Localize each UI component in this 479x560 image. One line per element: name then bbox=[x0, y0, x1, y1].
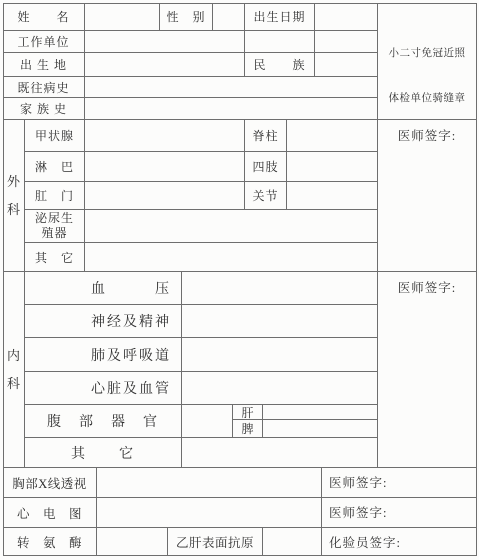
past-history-value-cell bbox=[85, 77, 378, 98]
anus-label: 肛 门 bbox=[25, 182, 85, 210]
ecg-sign-cell: 医师签字: bbox=[322, 498, 477, 528]
blood-pressure-value-cell bbox=[182, 272, 378, 305]
lymph-label: 淋 巴 bbox=[25, 152, 85, 182]
limbs-label: 四肢 bbox=[245, 152, 287, 182]
family-history-label: 家 族 史 bbox=[3, 98, 85, 120]
hbsag-label: 乙肝表面抗原 bbox=[168, 528, 263, 556]
transaminase-label: 转 氨 酶 bbox=[3, 528, 97, 556]
sex-label: 性 别 bbox=[160, 3, 213, 31]
name-value-cell bbox=[85, 3, 160, 31]
seal-note: 体检单位骑缝章 bbox=[389, 90, 466, 105]
name-label: 姓 名 bbox=[3, 3, 85, 31]
blood-pressure-label: 血 压 bbox=[25, 272, 182, 305]
medical-exam-form: 姓 名 性 别 出生日期 工作单位 出 生 地 民 族 既往病史 家 族 史 小… bbox=[0, 0, 479, 560]
chest-xray-value-cell bbox=[97, 468, 322, 498]
urogenital-value-cell bbox=[85, 210, 378, 243]
chest-xray-sign-cell: 医师签字: bbox=[322, 468, 477, 498]
limbs-value-cell bbox=[287, 152, 378, 182]
work-unit-extra-cell-2 bbox=[315, 31, 378, 53]
work-unit-label: 工作单位 bbox=[3, 31, 85, 53]
transaminase-value-cell bbox=[97, 528, 168, 556]
liver-value-cell bbox=[263, 405, 378, 420]
internal-other-label: 其 它 bbox=[25, 438, 182, 468]
lung-respiratory-value-cell bbox=[182, 338, 378, 372]
ecg-label: 心 电 图 bbox=[3, 498, 97, 528]
joints-label: 关节 bbox=[245, 182, 287, 210]
thyroid-label: 甲状腺 bbox=[25, 120, 85, 152]
chest-xray-sign-label: 医师签字: bbox=[329, 473, 387, 491]
surgery-other-label: 其 它 bbox=[25, 243, 85, 272]
internal-doctor-sign-label: 医师签字: bbox=[398, 278, 456, 296]
anus-value-cell bbox=[85, 182, 245, 210]
thyroid-value-cell bbox=[85, 120, 245, 152]
heart-vessel-value-cell bbox=[182, 372, 378, 405]
photo-seal-cell: 小二寸免冠近照 体检单位骑缝章 bbox=[378, 3, 477, 120]
spine-value-cell bbox=[287, 120, 378, 152]
abdominal-label: 腹 部 器 官 bbox=[25, 405, 182, 438]
lymph-value-cell bbox=[85, 152, 245, 182]
lab-sign-label: 化验员签字: bbox=[329, 533, 401, 551]
ecg-value-cell bbox=[97, 498, 322, 528]
heart-vessel-label: 心脏及血管 bbox=[25, 372, 182, 405]
birth-place-value-cell bbox=[85, 53, 245, 77]
ethnicity-label: 民 族 bbox=[245, 53, 315, 77]
work-unit-value-cell bbox=[85, 31, 245, 53]
hbsag-value-cell bbox=[263, 528, 322, 556]
internal-doctor-sign-cell: 医师签字: bbox=[378, 272, 477, 468]
joints-value-cell bbox=[287, 182, 378, 210]
ethnicity-value-cell bbox=[315, 53, 378, 77]
surgery-section-label: 外科 bbox=[7, 168, 21, 224]
work-unit-extra-cell-1 bbox=[245, 31, 315, 53]
internal-section-label-cell: 内科 bbox=[3, 272, 25, 468]
past-history-label: 既往病史 bbox=[3, 77, 85, 98]
lung-respiratory-label: 肺及呼吸道 bbox=[25, 338, 182, 372]
spleen-value-cell bbox=[263, 420, 378, 438]
ecg-sign-label: 医师签字: bbox=[329, 503, 387, 521]
birth-date-value-cell bbox=[315, 3, 378, 31]
lab-sign-cell: 化验员签字: bbox=[322, 528, 477, 556]
abdominal-value-cell bbox=[182, 405, 233, 438]
surgery-doctor-sign-cell: 医师签字: bbox=[378, 120, 477, 272]
family-history-value-cell bbox=[85, 98, 378, 120]
photo-note: 小二寸免冠近照 bbox=[389, 45, 466, 60]
birth-date-label: 出生日期 bbox=[245, 3, 315, 31]
spleen-label: 脾 bbox=[233, 420, 263, 438]
internal-other-value-cell bbox=[182, 438, 378, 468]
liver-label: 肝 bbox=[233, 405, 263, 420]
urogenital-label: 泌尿生殖器 bbox=[25, 210, 85, 243]
birth-place-label: 出 生 地 bbox=[3, 53, 85, 77]
internal-section-label: 内科 bbox=[7, 342, 21, 398]
nerve-mental-value-cell bbox=[182, 305, 378, 338]
surgery-other-value-cell bbox=[85, 243, 378, 272]
spine-label: 脊柱 bbox=[245, 120, 287, 152]
chest-xray-label: 胸部X线透视 bbox=[3, 468, 97, 498]
surgery-doctor-sign-label: 医师签字: bbox=[398, 126, 456, 144]
surgery-section-label-cell: 外科 bbox=[3, 120, 25, 272]
sex-value-cell bbox=[213, 3, 245, 31]
nerve-mental-label: 神经及精神 bbox=[25, 305, 182, 338]
